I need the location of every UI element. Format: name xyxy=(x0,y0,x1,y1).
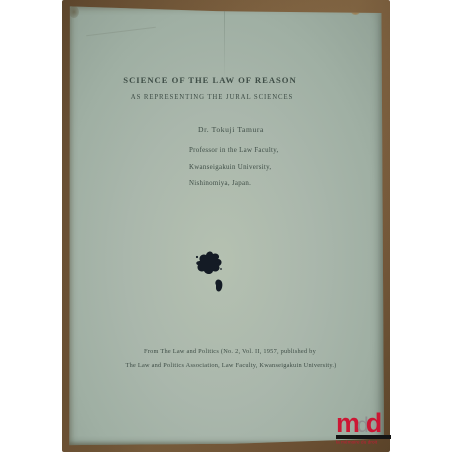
affiliation-line: Professor in the Law Faculty, xyxy=(189,145,279,157)
watermark-letter-d: d xyxy=(366,413,383,434)
watermark-letter-m: m xyxy=(336,413,359,434)
document-subtitle: AS REPRESENTING THE JURAL SCIENCES xyxy=(131,94,293,101)
watermark-tagline: la mémoire du droit xyxy=(336,440,389,446)
imprint-line-2: The Law and Politics Association, Law Fa… xyxy=(125,362,336,369)
imprint-line-1: From The Law and Politics (No. 2, Vol. I… xyxy=(144,348,316,355)
bookseller-watermark: m d d la mémoire du droit xyxy=(336,413,394,446)
booklet-photo: SCIENCE OF THE LAW OF REASON AS REPRESEN… xyxy=(62,0,390,452)
watermark-logo: m d d xyxy=(336,413,394,434)
document-title: SCIENCE OF THE LAW OF REASON xyxy=(123,75,296,85)
corner-stain xyxy=(69,6,79,18)
author-name: Dr. Tokuji Tamura xyxy=(198,125,264,134)
vertical-crease xyxy=(224,5,225,83)
ink-blot xyxy=(190,248,232,302)
dog-eared-corner xyxy=(358,5,384,25)
affiliation-line: Kwanseigakuin University, xyxy=(189,162,279,174)
booklet-cover: SCIENCE OF THE LAW OF REASON AS REPRESEN… xyxy=(68,5,384,446)
author-affiliation: Professor in the Law Faculty, Kwanseigak… xyxy=(189,145,279,195)
affiliation-line: Nishinomiya, Japan. xyxy=(189,178,279,190)
diagonal-crease xyxy=(86,27,156,37)
page: SCIENCE OF THE LAW OF REASON AS REPRESEN… xyxy=(0,0,452,452)
